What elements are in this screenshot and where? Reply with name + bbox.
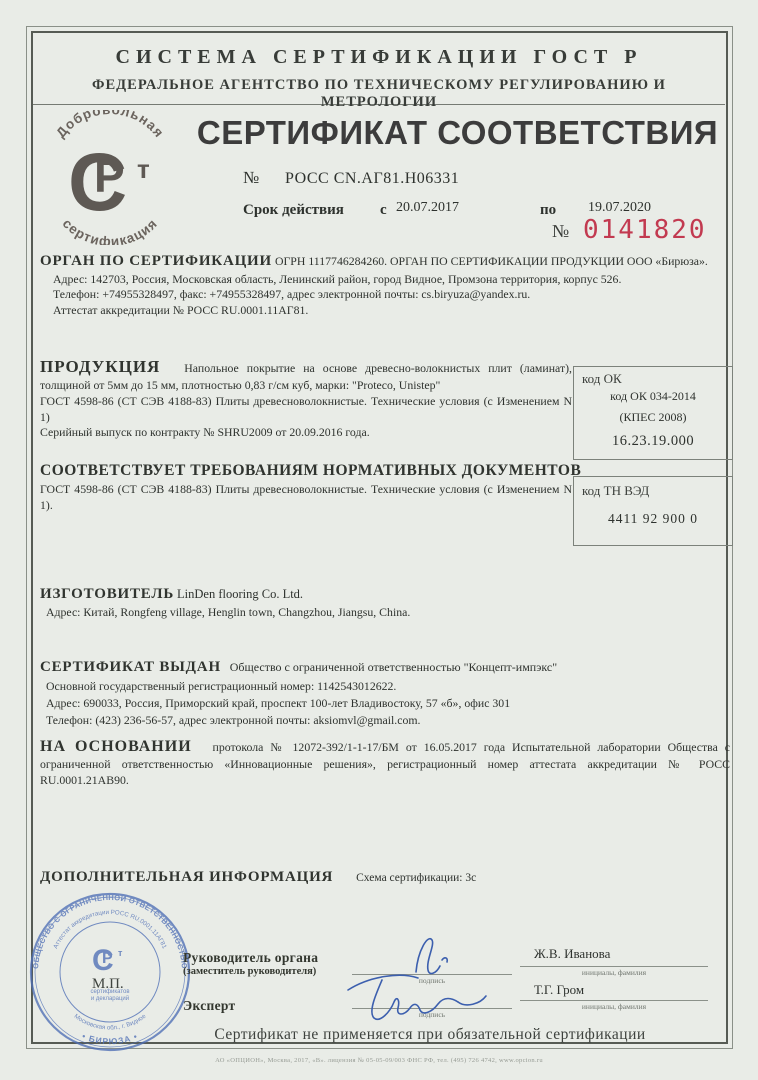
head-signatory-label: Руководитель органа (заместитель руковод… [183,950,318,977]
manufacturer-address: Адрес: Китай, Rongfeng village, Henglin … [40,605,730,621]
certification-body-intro: ОГРН 1117746284260. ОРГАН ПО СЕРТИФИКАЦИ… [275,254,708,268]
certification-body-attestation: Аттестат аккредитации № РОСС RU.0001.11А… [53,303,730,319]
rst-mark-icon: С Р т [68,137,150,228]
ok-code-line2: (КПЕС 2008) [574,410,732,425]
head-name-caption: инициалы, фамилия [520,968,708,977]
additional-info-section: ДОПОЛНИТЕЛЬНАЯ ИНФОРМАЦИЯ Схема сертифик… [40,868,730,888]
expert-name: Т.Г. Гром [520,982,722,998]
system-title: СИСТЕМА СЕРТИФИКАЦИИ ГОСТ Р [33,46,725,69]
additional-info-heading: ДОПОЛНИТЕЛЬНАЯ ИНФОРМАЦИЯ [40,869,333,885]
expert-name-caption: инициалы, фамилия [520,1002,708,1011]
ok-code-value: 16.23.19.000 [574,433,732,450]
stamp-center-line2: и деклараций [91,995,129,1002]
validity-label: Срок действия [243,202,344,219]
validity-to-label: по [540,202,556,219]
issued-to-phone: Телефон: (423) 236-56-57, адрес электрон… [46,712,730,729]
issued-to-heading: СЕРТИФИКАТ ВЫДАН [40,659,221,675]
agency-title: ФЕДЕРАЛЬНОЕ АГЕНТСТВО ПО ТЕХНИЧЕСКОМУ РЕ… [33,77,725,111]
basis-heading: НА ОСНОВАНИИ [40,738,192,755]
product-contract: Серийный выпуск по контракту № SHRU2009 … [40,425,572,441]
expert-name-line [520,1000,708,1001]
blank-serial-label: № [552,221,569,242]
manufacturer-heading: ИЗГОТОВИТЕЛЬ [40,586,174,602]
basis-section: НА ОСНОВАНИИ протокола № 12072-392/1-1-1… [40,736,730,788]
tnved-code-box: код ТН ВЭД 4411 92 900 0 [573,476,733,546]
issued-to-address: Адрес: 690033, Россия, Приморский край, … [46,695,730,712]
head-name-line [520,966,708,967]
issued-to-name: Общество с ограниченной ответственностью… [230,660,557,674]
svg-text:т: т [137,154,150,184]
mandatory-certification-note: Сертификат не применяется при обязательн… [140,1026,720,1044]
stamp-rst-mark-icon: С Р т [92,944,123,977]
manufacturer-name: LinDen flooring Co. Ltd. [177,587,303,601]
blank-serial-number: 0141820 [583,215,707,245]
issued-to-ogrn: Основной государственный регистрационный… [46,678,730,695]
ok-code-label: код ОК [574,367,732,387]
product-gost: ГОСТ 4598-86 (СТ СЭВ 4188-83) Плиты древ… [40,394,572,425]
product-section: ПРОДУКЦИЯ Напольное покрытие на основе д… [40,356,572,441]
validity-from-label: с [380,202,387,219]
tnved-label: код ТН ВЭД [574,477,732,499]
printing-house-imprint: АО «ОПЦИОН», Москва, 2017, «В». лицензия… [0,1057,758,1064]
svg-text:т: т [118,948,123,958]
cert-number-label: № [243,168,259,188]
expert-signature-autograph [340,968,510,1026]
certificate-title: СЕРТИФИКАТ СООТВЕТСТВИЯ [195,114,720,152]
conformity-text: ГОСТ 4598-86 (СТ СЭВ 4188-83) Плиты древ… [40,482,572,513]
certification-body-address: Адрес: 142703, Россия, Московская област… [53,272,730,288]
head-signatory-name: Ж.В. Иванова [520,946,722,962]
product-heading: ПРОДУКЦИЯ [40,357,160,376]
manufacturer-section: ИЗГОТОВИТЕЛЬ LinDen flooring Co. Ltd. Ад… [40,585,730,620]
cert-number-value: РОСС CN.АГ81.Н06331 [285,170,459,188]
svg-text:Р: Р [102,950,113,967]
ok-code-box: код ОК код ОК 034-2014 (КПЕС 2008) 16.23… [573,366,733,460]
svg-text:Р: Р [94,150,125,202]
expert-label: Эксперт [183,998,235,1014]
conformity-heading: СООТВЕТСТВУЕТ ТРЕБОВАНИЯМ НОРМАТИВНЫХ ДО… [40,462,581,480]
rst-voluntary-certification-logo: Добровольная сертификация С Р т [40,110,180,245]
additional-info-text: Схема сертификации: 3с [356,872,476,884]
certification-body-phone: Телефон: +74955328497, факс: +7495532849… [53,287,730,303]
ok-code-line1: код ОК 034-2014 [574,389,732,404]
validity-to-date: 19.07.2020 [588,200,651,216]
certification-body-heading: ОРГАН ПО СЕРТИФИКАЦИИ [40,253,272,269]
validity-from-date: 20.07.2017 [396,200,459,216]
tnved-value: 4411 92 900 0 [574,511,732,527]
issued-to-section: СЕРТИФИКАТ ВЫДАН Общество с ограниченной… [40,658,730,729]
certification-body-section: ОРГАН ПО СЕРТИФИКАЦИИ ОГРН 1117746284260… [40,252,730,318]
mp-seal-placeholder: М.П. [92,976,124,993]
